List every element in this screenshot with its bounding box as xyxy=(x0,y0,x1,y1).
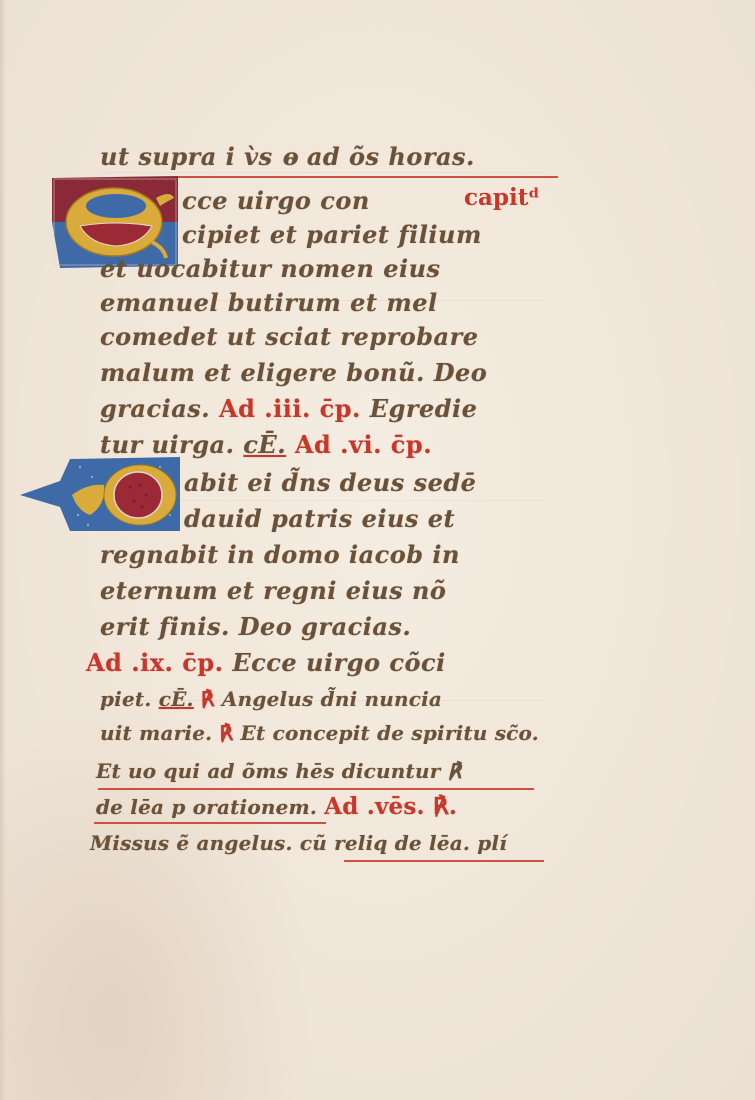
line-text: dauid patris eius et xyxy=(184,504,455,533)
text-line-3: et uocabitur nomen eius xyxy=(100,252,441,286)
text-line-14: Ad .ix. c̄p. Ecce uirgo cõci xyxy=(86,646,446,680)
text-line-17: Et uo qui ad õms hēs dicuntur ℟ xyxy=(96,754,462,788)
response-symbol: ℟ xyxy=(219,721,233,745)
text-line-15: piet. cĒ. ℟ Angelus d̃ni nuncia xyxy=(100,682,442,716)
line-text: eternum et regni eius nõ xyxy=(100,576,446,605)
text-line-0: ut supra i v̀s ⱺ ad õs horas. xyxy=(100,140,475,174)
rubric: Ad .ix. c̄p. xyxy=(86,648,224,677)
text-line-10: dauid patris eius et xyxy=(184,502,455,536)
response-symbol: ℟ xyxy=(201,687,215,711)
rubric: Ad .iii. c̄p. xyxy=(219,394,361,423)
red-rule xyxy=(344,860,544,862)
text-line-13: erit finis. Deo gracias. xyxy=(100,610,411,644)
line-text: malum et eligere bonũ. Deo xyxy=(100,358,487,387)
text-line-7: gracias. Ad .iii. c̄p. Egredie xyxy=(100,392,477,426)
red-rule xyxy=(94,822,326,824)
text-line-18: de lēa p orationem. Ad .vēs. ℟. xyxy=(96,790,457,824)
text-line-19: Missus ẽ angelus. cũ reliq de lēa. plí xyxy=(90,826,507,860)
line-text: erit finis. Deo gracias. xyxy=(100,612,411,641)
line-text: comedet ut sciat reprobare xyxy=(100,322,479,351)
line-text: abit ei d̃ns deus sedē xyxy=(184,468,476,497)
underlined-cue: cĒ. xyxy=(159,687,194,711)
text-line-5: comedet ut sciat reprobare xyxy=(100,320,479,354)
line-text: emanuel butirum et mel xyxy=(100,288,438,317)
red-rule xyxy=(176,176,558,178)
line-text: cipiet et pariet filium xyxy=(182,220,482,249)
text-line-6: malum et eligere bonũ. Deo xyxy=(100,356,487,390)
text-line-4: emanuel butirum et mel xyxy=(100,286,438,320)
line-text: et uocabitur nomen eius xyxy=(100,254,441,283)
page-gutter-shadow xyxy=(0,0,6,1100)
rubric: Ad .vi. c̄p. xyxy=(295,430,432,459)
text-line-12: eternum et regni eius nõ xyxy=(100,574,446,608)
text-line-1: cce uirgo con xyxy=(182,184,370,218)
text-line-16: uit marie. ℟ Et concepit de spiritu sc̃o… xyxy=(100,716,539,750)
line-text: regnabit in domo iacob in xyxy=(100,540,460,569)
manuscript-page: ut supra i v̀s ⱺ ad õs horas. cce uirgo… xyxy=(0,0,755,1100)
rubric-marginal: capitᵈ xyxy=(464,184,540,211)
line-text: ut supra i v̀s ⱺ ad õs horas. xyxy=(100,142,475,171)
underlined-incipit: cũ reliq de lēa. plí xyxy=(300,831,507,855)
rubric: Ad .vēs. ℟. xyxy=(324,793,457,820)
text-line-2: cipiet et pariet filium xyxy=(182,218,482,252)
line-text: Et uo qui ad õms hēs dicuntur ℟ xyxy=(96,759,462,783)
line-text: cce uirgo con xyxy=(182,186,370,215)
underlined-cue: cĒ. xyxy=(243,430,286,459)
text-line-11: regnabit in domo iacob in xyxy=(100,538,460,572)
text-line-9: abit ei d̃ns deus sedē xyxy=(184,466,476,500)
illuminated-initial-d-icon xyxy=(20,455,182,533)
